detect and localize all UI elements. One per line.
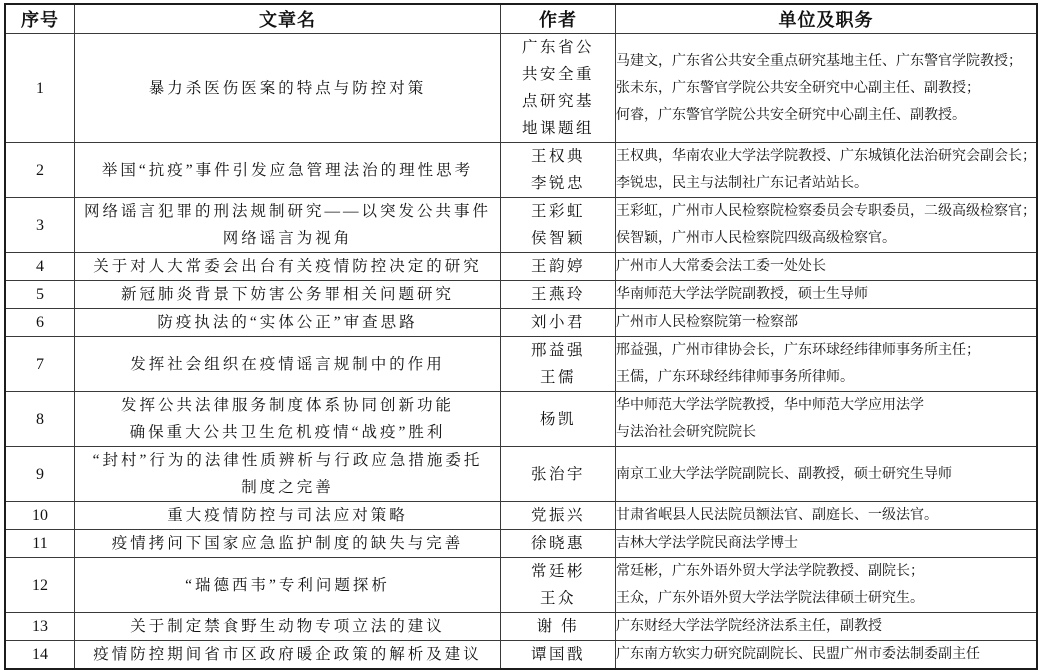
author-cell: 常廷彬 王众 <box>500 558 615 613</box>
table-row: 9 “封村”行为的法律性质辨析与行政应急措施委托 制度之完善 张治宇 南京工业大… <box>5 447 1037 502</box>
table-row: 11 疫情拷问下国家应急监护制度的缺失与完善 徐晓惠 吉林大学法学院民商法学博士 <box>5 530 1037 558</box>
affiliation-cell: 邢益强，广州市律协会长，广东环球经纬律师事务所主任； 王儒，广东环球经纬律师事务… <box>615 337 1037 392</box>
row-index-cell: 12 <box>5 558 74 613</box>
article-title-cell: 关于对人大常委会出台有关疫情防控决定的研究 <box>74 253 500 281</box>
author-cell: 邢益强 王儒 <box>500 337 615 392</box>
article-title-cell: 发挥公共法律服务制度体系协同创新功能 确保重大公共卫生危机疫情“战疫”胜利 <box>74 392 500 447</box>
author-cell: 张治宇 <box>500 447 615 502</box>
article-title-cell: 举国“抗疫”事件引发应急管理法治的理性思考 <box>74 143 500 198</box>
header-author: 作者 <box>500 4 615 34</box>
row-index-cell: 1 <box>5 34 74 143</box>
affiliation-cell: 广东南方软实力研究院副院长、民盟广州市委法制委副主任 <box>615 641 1037 670</box>
affiliation-cell: 王权典，华南农业大学法学院教授、广东城镇化法治研究会副会长； 李锐忠，民主与法制… <box>615 143 1037 198</box>
author-cell: 谭国戬 <box>500 641 615 670</box>
row-index-cell: 7 <box>5 337 74 392</box>
table-row: 2 举国“抗疫”事件引发应急管理法治的理性思考 王权典 李锐忠 王权典，华南农业… <box>5 143 1037 198</box>
affiliation-cell: 广东财经大学法学院经济法系主任，副教授 <box>615 613 1037 641</box>
author-cell: 谢 伟 <box>500 613 615 641</box>
article-title-cell: 重大疫情防控与司法应对策略 <box>74 502 500 530</box>
table-row: 1 暴力杀医伤医案的特点与防控对策 广东省公 共安全重 点研究基 地课题组 马建… <box>5 34 1037 143</box>
author-cell: 王彩虹 侯智颖 <box>500 198 615 253</box>
affiliation-cell: 华南师范大学法学院副教授，硕士生导师 <box>615 281 1037 309</box>
document-sheet: 序号 文章名 作者 单位及职务 1 暴力杀医伤医案的特点与防控对策 广东省公 共… <box>4 3 1038 669</box>
table-row: 13 关于制定禁食野生动物专项立法的建议 谢 伟 广东财经大学法学院经济法系主任… <box>5 613 1037 641</box>
author-cell: 王燕玲 <box>500 281 615 309</box>
table-row: 5 新冠肺炎背景下妨害公务罪相关问题研究 王燕玲 华南师范大学法学院副教授，硕士… <box>5 281 1037 309</box>
table-row: 12 “瑞德西韦”专利问题探析 常廷彬 王众 常廷彬，广东外语外贸大学法学院教授… <box>5 558 1037 613</box>
article-title-cell: 防疫执法的“实体公正”审查思路 <box>74 309 500 337</box>
article-title-cell: 发挥社会组织在疫情谣言规制中的作用 <box>74 337 500 392</box>
row-index-cell: 3 <box>5 198 74 253</box>
table-header: 序号 文章名 作者 单位及职务 <box>5 4 1037 34</box>
row-index-cell: 6 <box>5 309 74 337</box>
row-index-cell: 14 <box>5 641 74 670</box>
row-index-cell: 2 <box>5 143 74 198</box>
author-cell: 广东省公 共安全重 点研究基 地课题组 <box>500 34 615 143</box>
table-row: 14 疫情防控期间省市区政府暖企政策的解析及建议 谭国戬 广东南方软实力研究院副… <box>5 641 1037 670</box>
affiliation-cell: 广州市人民检察院第一检察部 <box>615 309 1037 337</box>
affiliation-cell: 广州市人大常委会法工委一处处长 <box>615 253 1037 281</box>
table-row: 3 网络谣言犯罪的刑法规制研究——以突发公共事件 网络谣言为视角 王彩虹 侯智颖… <box>5 198 1037 253</box>
table-row: 8 发挥公共法律服务制度体系协同创新功能 确保重大公共卫生危机疫情“战疫”胜利 … <box>5 392 1037 447</box>
row-index-cell: 13 <box>5 613 74 641</box>
affiliation-cell: 马建文，广东省公共安全重点研究基地主任、广东警官学院教授； 张未东，广东警官学院… <box>615 34 1037 143</box>
author-cell: 党振兴 <box>500 502 615 530</box>
author-cell: 徐晓惠 <box>500 530 615 558</box>
row-index-cell: 11 <box>5 530 74 558</box>
affiliation-cell: 甘肃省岷县人民法院员额法官、副庭长、一级法官。 <box>615 502 1037 530</box>
table-body: 1 暴力杀医伤医案的特点与防控对策 广东省公 共安全重 点研究基 地课题组 马建… <box>5 34 1037 670</box>
table-row: 7 发挥社会组织在疫情谣言规制中的作用 邢益强 王儒 邢益强，广州市律协会长，广… <box>5 337 1037 392</box>
articles-table: 序号 文章名 作者 单位及职务 1 暴力杀医伤医案的特点与防控对策 广东省公 共… <box>4 3 1038 669</box>
author-cell: 杨凯 <box>500 392 615 447</box>
author-cell: 王权典 李锐忠 <box>500 143 615 198</box>
article-title-cell: 暴力杀医伤医案的特点与防控对策 <box>74 34 500 143</box>
header-row: 序号 文章名 作者 单位及职务 <box>5 4 1037 34</box>
row-index-cell: 10 <box>5 502 74 530</box>
table-row: 4 关于对人大常委会出台有关疫情防控决定的研究 王韵婷 广州市人大常委会法工委一… <box>5 253 1037 281</box>
affiliation-cell: 华中师范大学法学院教授，华中师范大学应用法学 与法治社会研究院院长 <box>615 392 1037 447</box>
affiliation-cell: 吉林大学法学院民商法学博士 <box>615 530 1037 558</box>
affiliation-cell: 常廷彬，广东外语外贸大学法学院教授、副院长； 王众，广东外语外贸大学法学院法律硕… <box>615 558 1037 613</box>
affiliation-cell: 王彩虹，广州市人民检察院检察委员会专职委员，二级高级检察官； 侯智颖，广州市人民… <box>615 198 1037 253</box>
affiliation-cell: 南京工业大学法学院副院长、副教授，硕士研究生导师 <box>615 447 1037 502</box>
header-title: 文章名 <box>74 4 500 34</box>
header-affiliation: 单位及职务 <box>615 4 1037 34</box>
article-title-cell: “封村”行为的法律性质辨析与行政应急措施委托 制度之完善 <box>74 447 500 502</box>
article-title-cell: 关于制定禁食野生动物专项立法的建议 <box>74 613 500 641</box>
header-index: 序号 <box>5 4 74 34</box>
article-title-cell: 新冠肺炎背景下妨害公务罪相关问题研究 <box>74 281 500 309</box>
table-row: 10 重大疫情防控与司法应对策略 党振兴 甘肃省岷县人民法院员额法官、副庭长、一… <box>5 502 1037 530</box>
article-title-cell: 疫情防控期间省市区政府暖企政策的解析及建议 <box>74 641 500 670</box>
author-cell: 刘小君 <box>500 309 615 337</box>
article-title-cell: 网络谣言犯罪的刑法规制研究——以突发公共事件 网络谣言为视角 <box>74 198 500 253</box>
article-title-cell: 疫情拷问下国家应急监护制度的缺失与完善 <box>74 530 500 558</box>
author-cell: 王韵婷 <box>500 253 615 281</box>
row-index-cell: 5 <box>5 281 74 309</box>
row-index-cell: 4 <box>5 253 74 281</box>
row-index-cell: 9 <box>5 447 74 502</box>
article-title-cell: “瑞德西韦”专利问题探析 <box>74 558 500 613</box>
row-index-cell: 8 <box>5 392 74 447</box>
table-row: 6 防疫执法的“实体公正”审查思路 刘小君 广州市人民检察院第一检察部 <box>5 309 1037 337</box>
